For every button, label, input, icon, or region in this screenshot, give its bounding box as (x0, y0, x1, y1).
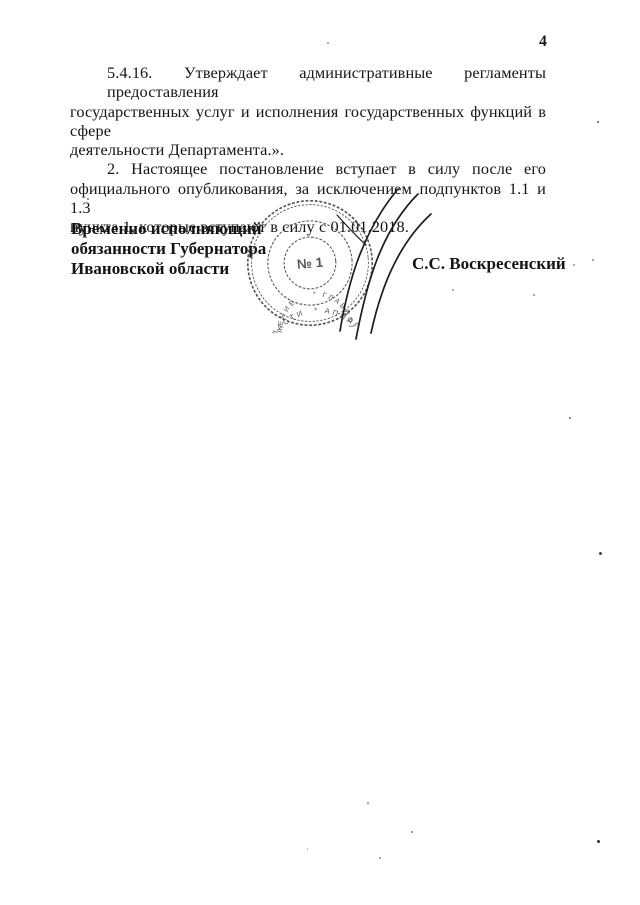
scan-artifact-dot (367, 802, 369, 804)
paragraph-1-line-2: государственных услуг и исполнения госуд… (70, 102, 546, 141)
paragraph-1-line-1: 5.4.16. Утверждает административные регл… (70, 63, 546, 102)
document-page: 4 5.4.16. Утверждает административные ре… (0, 0, 640, 905)
scan-artifact-dot (533, 294, 535, 296)
scan-artifact-dot (599, 552, 602, 555)
scan-artifact-dot (592, 259, 594, 261)
scan-artifact-dot (327, 42, 329, 44)
scan-artifact-dot (307, 848, 308, 850)
scan-artifact-dot (452, 289, 454, 291)
handwritten-signature (316, 180, 456, 352)
scan-artifact-dot (597, 840, 600, 843)
paragraph-2-line-1: 2. Настоящее постановление вступает в си… (70, 159, 546, 178)
paragraph-1-line-3: деятельности Департамента.». (70, 140, 546, 159)
scan-artifact-dot (569, 417, 571, 419)
scan-artifact-dot (411, 831, 413, 833)
scan-artifact-dot (573, 264, 575, 266)
scan-artifact-dot (379, 857, 381, 859)
scan-artifact-dot (597, 121, 599, 123)
page-number: 4 (528, 33, 558, 51)
scan-artifact-dot (87, 198, 89, 200)
